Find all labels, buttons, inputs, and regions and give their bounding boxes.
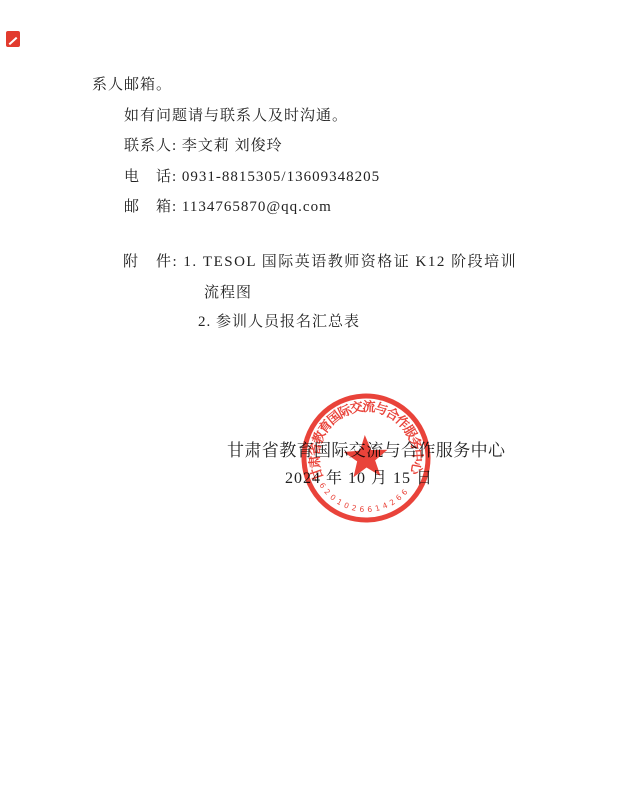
body-paragraph: 如有问题请与联系人及时沟通。 bbox=[124, 107, 348, 125]
annotation-slash-mark bbox=[9, 37, 18, 45]
attachment-line-2: 2. 参训人员报名汇总表 bbox=[198, 313, 360, 331]
body-continuation-text: 系人邮箱。 bbox=[92, 76, 172, 94]
attachment-line-1: 附 件: 1. TESOL 国际英语教师资格证 K12 阶段培训 bbox=[123, 253, 517, 271]
contact-line: 联系人: 李文莉 刘俊玲 bbox=[124, 137, 283, 155]
annotation-note-icon[interactable] bbox=[6, 31, 20, 47]
attachment-line-1-cont: 流程图 bbox=[204, 284, 252, 302]
official-seal: 甘肃省教育国际交流与合作服务中心 6201026614266 bbox=[287, 379, 445, 537]
document-page: 系人邮箱。 如有问题请与联系人及时沟通。 联系人: 李文莉 刘俊玲 电 话: 0… bbox=[0, 0, 626, 797]
phone-line: 电 话: 0931-8815305/13609348205 bbox=[124, 168, 380, 186]
seal-star-icon bbox=[343, 434, 389, 478]
email-line: 邮 箱: 1134765870@qq.com bbox=[124, 198, 332, 216]
